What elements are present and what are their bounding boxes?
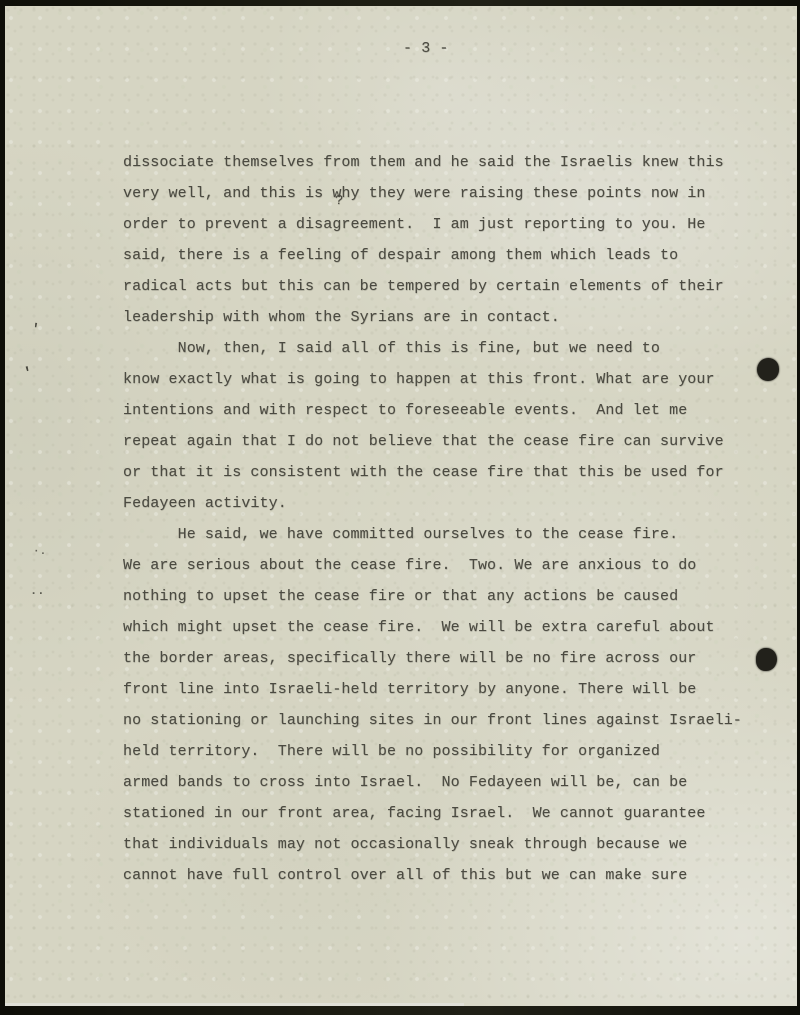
hole-punch-dot-bottom [756,648,777,671]
margin-mark: ·. [33,547,46,557]
typed-line: front line into Israeli-held territory b… [123,674,763,705]
typed-line: know exactly what is going to happen at … [123,364,763,395]
typed-line: that individuals may not occasionally sn… [123,829,763,860]
typed-line: intentions and with respect to foreseeab… [123,395,763,426]
typed-line: stationed in our front area, facing Isra… [123,798,763,829]
typed-line: cannot have full control over all of thi… [123,860,763,891]
typed-line: Now, then, I said all of this is fine, b… [123,333,763,364]
typed-line: no stationing or launching sites in our … [123,705,763,736]
scanned-page-frame: - 3 - ? dissociate themselves from them … [0,0,800,1015]
typed-line: held territory. There will be no possibi… [123,736,763,767]
typed-line: radical acts but this can be tempered by… [123,271,763,302]
typed-line: dissociate themselves from them and he s… [123,147,763,178]
document-page: - 3 - ? dissociate themselves from them … [5,6,797,1006]
typed-line: We are serious about the cease fire. Two… [123,550,763,581]
document-text: dissociate themselves from them and he s… [123,147,763,891]
typed-line: Fedayeen activity. [123,488,763,519]
page-number: - 3 - [403,38,449,59]
typed-line: repeat again that I do not believe that … [123,426,763,457]
typed-line: nothing to upset the cease fire or that … [123,581,763,612]
margin-mark: .. [30,586,44,596]
margin-mark: ' [23,368,34,380]
typed-line: armed bands to cross into Israel. No Fed… [123,767,763,798]
typed-line: or that it is consistent with the cease … [123,457,763,488]
hole-punch-dot-top [757,358,779,381]
typed-line: order to prevent a disagreement. I am ju… [123,209,763,240]
typed-line: said, there is a feeling of despair amon… [123,240,763,271]
typed-line: leadership with whom the Syrians are in … [123,302,763,333]
typed-line: very well, and this is why they were rai… [123,178,763,209]
typed-line: which might upset the cease fire. We wil… [123,612,763,643]
margin-mark: ' [30,324,40,335]
typed-line: the border areas, specifically there wil… [123,643,763,674]
typed-line: He said, we have committed ourselves to … [123,519,763,550]
scan-light-strip [5,1003,464,1006]
